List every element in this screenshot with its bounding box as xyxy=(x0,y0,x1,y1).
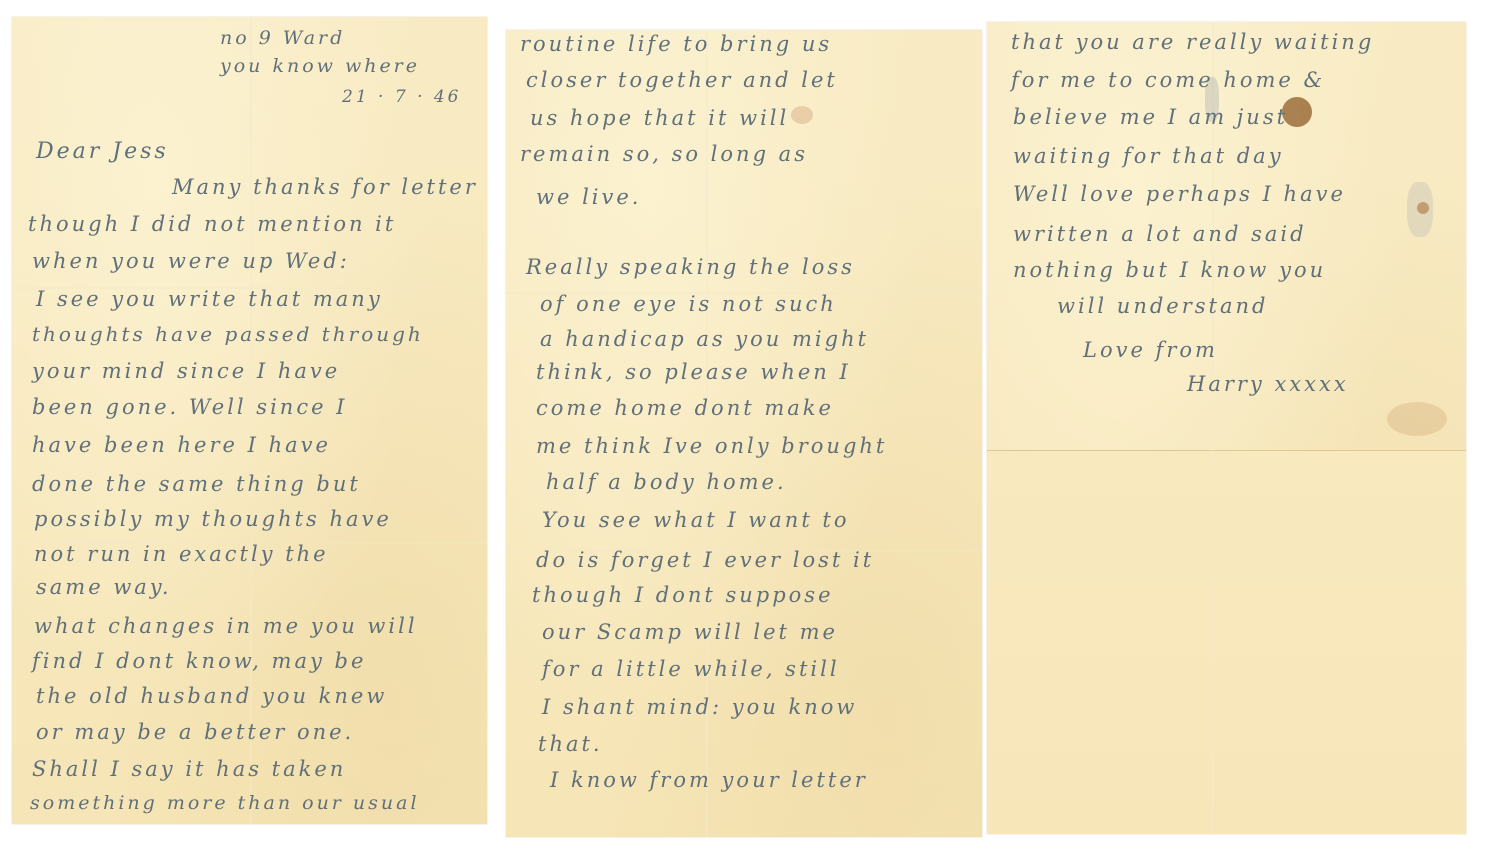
letter-line: believe me I am just xyxy=(1013,105,1288,129)
letter-line: for me to come home & xyxy=(1011,68,1325,92)
letter-line: a handicap as you might xyxy=(540,327,869,351)
letter-line: think, so please when I xyxy=(536,360,851,384)
salutation: Dear Jess xyxy=(36,139,169,164)
letter-line: same way. xyxy=(36,575,172,599)
letter-line: do is forget I ever lost it xyxy=(536,548,874,572)
letter-line: thoughts have passed through xyxy=(32,322,424,346)
address-line-2: you know where xyxy=(220,55,420,77)
letter-line: I shant mind: you know xyxy=(542,695,857,719)
letter-line: waiting for that day xyxy=(1013,144,1284,168)
stain xyxy=(1387,402,1447,436)
letter-line: of one eye is not such xyxy=(540,292,837,316)
letter-line: been gone. Well since I xyxy=(32,395,347,419)
letter-page-1: no 9 Ward you know where 21 · 7 · 46 Dea… xyxy=(12,17,487,824)
letter-line: Shall I say it has taken xyxy=(32,757,346,781)
letter-line: will understand xyxy=(1057,294,1268,318)
letter-line: Many thanks for letter xyxy=(172,175,478,199)
letter-line: not run in exactly the xyxy=(34,542,329,566)
letter-line: though I dont suppose xyxy=(532,583,834,607)
letter-page-2: routine life to bring us closer together… xyxy=(506,30,982,837)
address-line-1: no 9 Ward xyxy=(220,27,345,49)
letter-line: remain so, so long as xyxy=(520,142,808,166)
letter-line: possibly my thoughts have xyxy=(34,507,392,531)
letter-line: You see what I want to xyxy=(542,508,850,532)
letter-date: 21 · 7 · 46 xyxy=(342,87,462,107)
letter-line: Well love perhaps I have xyxy=(1013,182,1346,206)
letter-line: routine life to bring us xyxy=(520,32,832,56)
letter-line: that you are really waiting xyxy=(1011,30,1374,54)
letter-line: we live. xyxy=(536,185,641,209)
letter-line: written a lot and said xyxy=(1013,222,1307,246)
letter-line: me think Ive only brought xyxy=(536,434,887,458)
page-lower-half xyxy=(987,450,1466,834)
letter-line: when you were up Wed: xyxy=(32,249,350,273)
stain xyxy=(791,106,813,124)
letter-page-3: that you are really waiting for me to co… xyxy=(987,22,1466,834)
letter-line: find I dont know, may be xyxy=(32,649,366,673)
letter-line: our Scamp will let me xyxy=(542,620,838,644)
letter-line: come home dont make xyxy=(536,396,834,420)
signature: Harry xxxxx xyxy=(1187,372,1349,396)
closing: Love from xyxy=(1083,338,1218,362)
letter-line: closer together and let xyxy=(526,68,838,92)
stain xyxy=(1417,202,1429,214)
letter-line: I know from your letter xyxy=(550,768,868,792)
letter-line: us hope that it will xyxy=(530,106,789,130)
letter-line: or may be a better one. xyxy=(36,720,354,744)
letter-line: half a body home. xyxy=(546,470,787,494)
letter-line: what changes in me you will xyxy=(34,614,418,638)
letter-line: nothing but I know you xyxy=(1013,258,1326,282)
letter-line: Really speaking the loss xyxy=(526,255,855,279)
letter-line: the old husband you knew xyxy=(36,684,387,708)
letter-line: that. xyxy=(538,732,603,756)
letter-line: have been here I have xyxy=(32,433,331,457)
letter-line: done the same thing but xyxy=(32,472,361,496)
letter-line: your mind since I have xyxy=(32,359,340,383)
letter-line: for a little while, still xyxy=(542,657,840,681)
letter-line: though I did not mention it xyxy=(28,212,396,236)
letter-line: I see you write that many xyxy=(36,287,383,311)
letter-line: something more than our usual xyxy=(30,792,420,814)
